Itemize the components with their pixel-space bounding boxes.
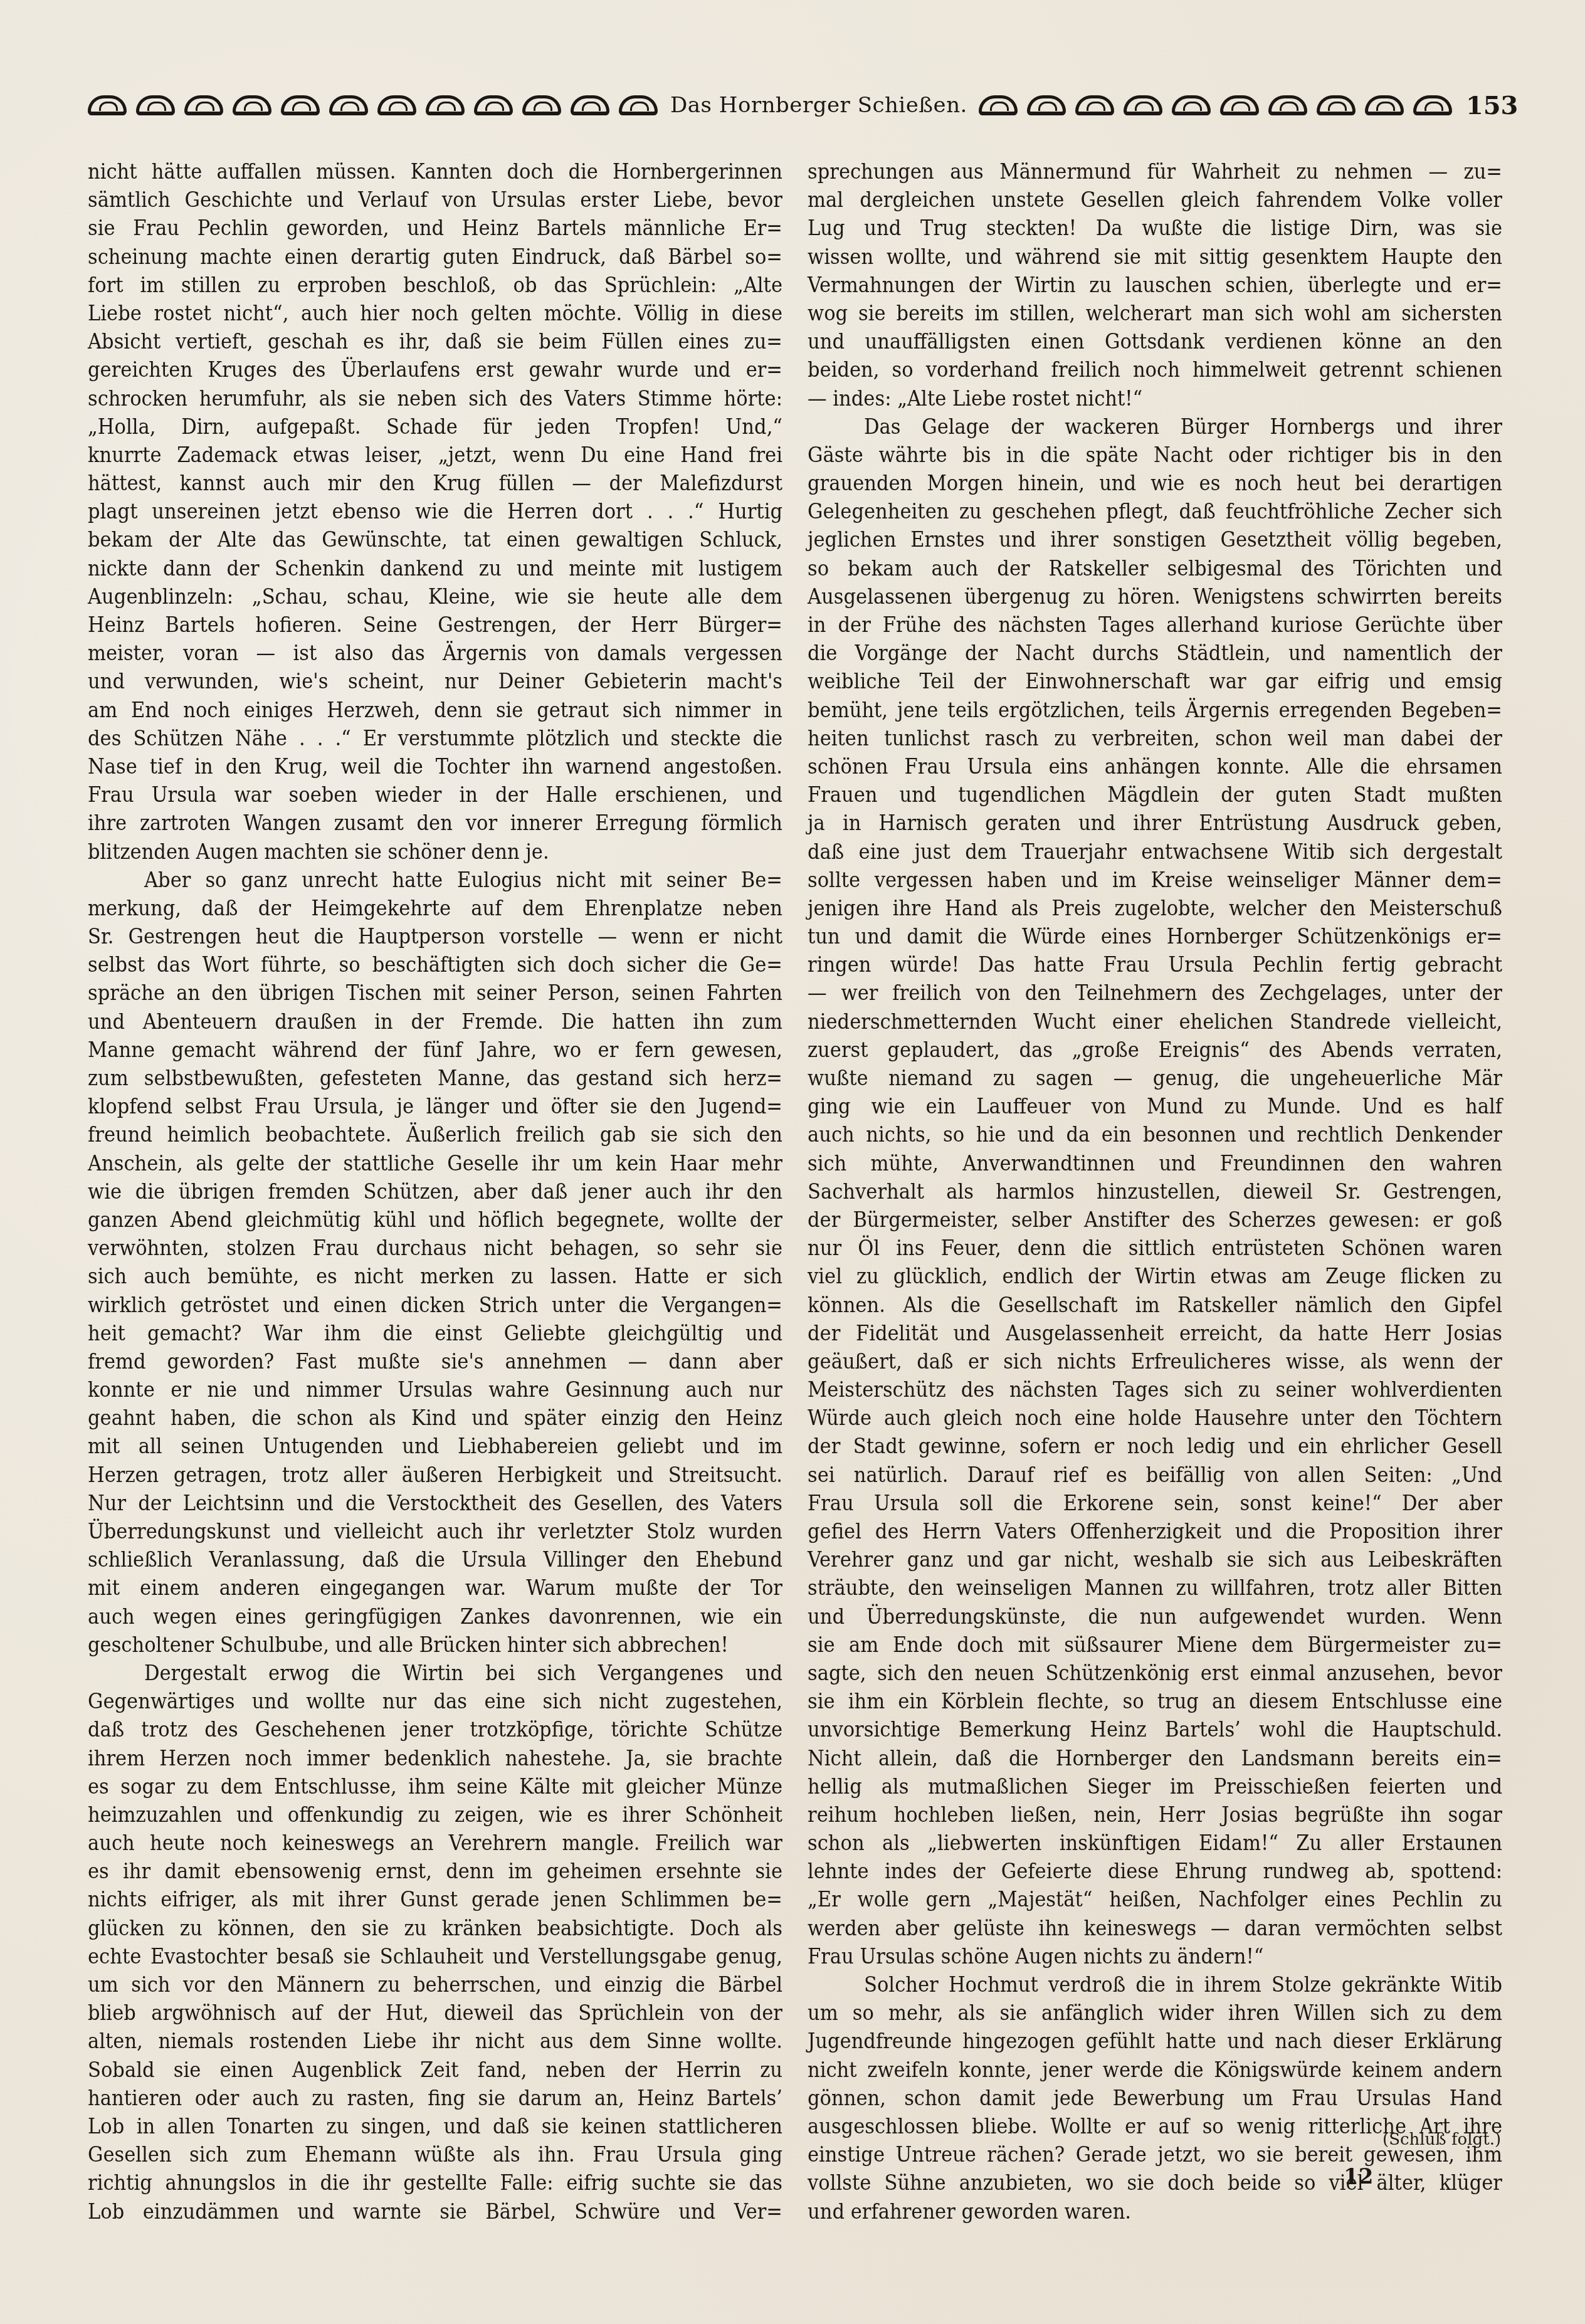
continuation-note: (Schluß folgt.) [1382,2130,1501,2149]
text-line: der Stadt gewinne, sofern er noch ledig … [808,1433,1502,1461]
text-line: Ausgelassenen übergenug zu hören. Wenigs… [808,583,1502,611]
text-line: Sobald sie einen Augenblick Zeit fand, n… [88,2056,782,2085]
text-line: und verwunden, wie's scheint, nur Deiner… [88,668,782,696]
text-line: bemüht, jene teils ergötzlichen, teils Ä… [808,697,1502,725]
text-line: Solcher Hochmut verdroß die in ihrem Sto… [808,1971,1502,1999]
spiral-ornament-icon [1027,95,1066,115]
text-line: Manne gemacht während der fünf Jahre, wo… [88,1036,782,1065]
spiral-ornament-icon [1124,95,1162,115]
text-line: mit einem anderen eingegangen war. Warum… [88,1574,782,1602]
text-line: Meisterschütz des nächsten Tages sich zu… [808,1376,1502,1404]
text-line: klopfend selbst Frau Ursula, je länger u… [88,1093,782,1121]
text-line: ringen würde! Das hatte Frau Ursula Pech… [808,951,1502,979]
spiral-ornament-icon [136,95,175,115]
text-line: Aber so ganz unrecht hatte Eulogius nich… [88,866,782,895]
text-line: Dergestalt erwog die Wirtin bei sich Ver… [88,1659,782,1688]
text-line: schrocken herumfuhr, als sie neben sich … [88,385,782,413]
text-line: wirklich getröstet und einen dicken Stri… [88,1291,782,1320]
text-line: Nicht allein, daß die Hornberger den Lan… [808,1745,1502,1773]
text-line: Gesellen sich zum Ehemann wüßte als ihn.… [88,2141,782,2169]
text-line: fort im stillen zu erproben beschloß, ob… [88,271,782,300]
spiral-ornament-icon [1413,95,1452,115]
spiral-ornament-icon [1075,95,1114,115]
spiral-ornament-icon [377,95,416,115]
text-line: und Abenteuern draußen in der Fremde. Di… [88,1008,782,1036]
text-line: gereichten Kruges des Überlaufens erst g… [88,356,782,384]
text-line: Gäste währte bis in die späte Nacht oder… [808,441,1502,470]
text-line: sie Frau Pechlin geworden, und Heinz Bar… [88,214,782,243]
text-line: sämtlich Geschichte und Verlauf von Ursu… [88,186,782,214]
spiral-ornament-icon [571,95,609,115]
text-line: Überredungskunst und vielleicht auch ihr… [88,1518,782,1546]
text-line: so bekam auch der Ratskeller selbigesmal… [808,555,1502,583]
text-line: sie am Ende doch mit süßsaurer Miene dem… [808,1631,1502,1659]
text-line: alten, niemals rostenden Liebe ihr nicht… [88,2027,782,2056]
text-line: scheinung machte einen derartig guten Ei… [88,243,782,271]
signature-mark: 12 [1344,2164,1373,2189]
spiral-ornament-icon [1220,95,1259,115]
text-line: geahnt haben, die schon als Kind und spä… [88,1404,782,1433]
spiral-ornament-icon [184,95,223,115]
spiral-ornament-icon [619,95,658,115]
text-line: ging wie ein Lauffeuer von Mund zu Munde… [808,1093,1502,1121]
text-line: knurrte Zademack etwas leiser, „jetzt, w… [88,441,782,470]
text-line: sollte vergessen haben und im Kreise wei… [808,866,1502,895]
text-line: weibliche Teil der Einwohnerschaft war g… [808,668,1502,696]
text-line: schließlich Veranlassung, daß die Ursula… [88,1546,782,1574]
text-line: und erfahrener geworden waren. [808,2198,1502,2226]
text-line: in der Frühe des nächsten Tages allerhan… [808,611,1502,639]
text-line: der Fidelität und Ausgelassenheit erreic… [808,1320,1502,1348]
text-line: Anschein, als gelte der stattliche Gesel… [88,1150,782,1178]
text-line: Frau Ursula war soeben wieder in der Hal… [88,781,782,809]
text-line: unvorsichtige Bemerkung Heinz Bartels’ w… [808,1716,1502,1744]
text-line: Jugendfreunde hingezogen gefühlt hatte u… [808,2027,1502,2056]
text-line: die Vorgänge der Nacht durchs Städtlein,… [808,639,1502,668]
text-line: wog sie bereits im stillen, welcherart m… [808,300,1502,328]
text-line: Augenblinzeln: „Schau, schau, Kleine, wi… [88,583,782,611]
text-line: daß eine just dem Trauerjahr entwachsene… [808,838,1502,866]
text-line: grauenden Morgen hinein, und wie es noch… [808,470,1502,498]
text-line: sie ihm ein Körblein flechte, so trug an… [808,1688,1502,1716]
text-line: Das Gelage der wackeren Bürger Hornbergs… [808,413,1502,441]
text-line: nichts eifriger, als mit ihrer Gunst ger… [88,1886,782,1914]
text-line: daß trotz des Geschehenen jener trotzköp… [88,1716,782,1744]
text-line: konnte er nie und nimmer Ursulas wahre G… [88,1376,782,1404]
text-line: — indes: „Alte Liebe rostet nicht!“ [808,385,1502,413]
text-line: am End noch einiges Herzweh, denn sie ge… [88,697,782,725]
text-line: zum selbstbewußten, gefesteten Manne, da… [88,1065,782,1093]
text-line: richtig ahnungslos in die ihr gestellte … [88,2169,782,2197]
spiral-ornament-icon [329,95,368,115]
text-line: sagte, sich den neuen Schützenkönig erst… [808,1659,1502,1688]
text-line: des Schützen Nähe . . .“ Er verstummte p… [88,725,782,753]
text-line: sei natürlich. Darauf rief es beifällig … [808,1461,1502,1490]
ornament-row-left [88,95,658,115]
text-line: Gelegenheiten zu geschehen pflegt, daß f… [808,498,1502,526]
text-line: lehnte indes der Gefeierte diese Ehrung … [808,1858,1502,1886]
text-line: fremd geworden? Fast mußte sie's annehme… [88,1348,782,1376]
text-line: viel zu glücklich, endlich der Wirtin et… [808,1263,1502,1291]
text-line: hantieren oder auch zu rasten, fing sie … [88,2085,782,2113]
text-line: heiten tunlichst rasch zu verbreiten, sc… [808,725,1502,753]
text-line: ganzen Abend gleichmütig kühl und höflic… [88,1206,782,1234]
text-line: nicht zweifeln konnte, jener werde die K… [808,2056,1502,2085]
text-line: Herzen getragen, trotz aller äußeren Her… [88,1461,782,1490]
text-line: gefiel des Herrn Vaters Offenherzigkeit … [808,1518,1502,1546]
text-line: vollste Sühne anzubieten, wo sie doch be… [808,2169,1502,2197]
text-line: glücken zu können, den sie zu kränken be… [88,1915,782,1943]
text-line: um sich vor den Männern zu beherrschen, … [88,1971,782,1999]
text-line: — wer freilich von den Teilnehmern des Z… [808,979,1502,1007]
text-line: auch heute noch keineswegs an Verehrern … [88,1829,782,1858]
text-line: auch nichts, so hie und da ein besonnen … [808,1121,1502,1149]
text-line: Nur der Leichtsinn und die Verstocktheit… [88,1490,782,1518]
text-line: tun und damit die Würde eines Hornberger… [808,923,1502,951]
text-line: blieb argwöhnisch auf der Hut, dieweil d… [88,1999,782,2027]
text-column-left: nicht hätte auffallen müssen. Kannten do… [88,158,782,2226]
spiral-ornament-icon [474,95,513,115]
text-line: hättest, kannst auch mir den Krug füllen… [88,470,782,498]
text-line: Absicht vertieft, geschah es ihr, daß si… [88,328,782,356]
text-line: jenigen ihre Hand als Preis zugelobte, w… [808,895,1502,923]
spiral-ornament-icon [233,95,271,115]
text-line: der Bürgermeister, selber Anstifter des … [808,1206,1502,1234]
text-line: „Holla, Dirn, aufgepaßt. Schade für jede… [88,413,782,441]
text-line: zuerst geplaudert, das „große Ereignis“ … [808,1036,1502,1065]
page-number: 153 [1466,91,1519,120]
text-line: sträubte, den weinseligen Mannen zu will… [808,1574,1502,1602]
text-line: niederschmetternden Wucht einer eheliche… [808,1008,1502,1036]
spiral-ornament-icon [1317,95,1356,115]
text-line: Frauen und tugendlichen Mägdlein der gut… [808,781,1502,809]
text-line: es ihr damit ebensowenig ernst, denn im … [88,1858,782,1886]
text-line: gönnen, schon damit jede Bewerbung um Fr… [808,2085,1502,2113]
text-line: ihre zartroten Wangen zusamt den vor inn… [88,809,782,838]
text-line: selbst das Wort führte, so beschäftigten… [88,951,782,979]
text-line: hellig als mutmaßlichen Sieger im Preiss… [808,1773,1502,1801]
text-line: wie die übrigen fremden Schützen, aber d… [88,1178,782,1206]
text-line: merkung, daß der Heimgekehrte auf dem Eh… [88,895,782,923]
text-line: Sachverhalt als harmlos hinzustellen, di… [808,1178,1502,1206]
spiral-ornament-icon [426,95,465,115]
text-line: werden aber gelüste ihn keineswegs — dar… [808,1915,1502,1943]
text-line: „Er wolle gern „Majestät“ heißen, Nachfo… [808,1886,1502,1914]
text-line: Würde auch gleich noch eine holde Hauseh… [808,1404,1502,1433]
text-line: mit all seinen Untugenden und Liebhabere… [88,1433,782,1461]
text-line: nur Öl ins Feuer, denn die sittlich entr… [808,1234,1502,1263]
text-line: Verehrer ganz und gar nicht, weshalb sie… [808,1546,1502,1574]
spiral-ornament-icon [1172,95,1211,115]
text-line: nickte dann der Schenkin dankend zu und … [88,555,782,583]
spiral-ornament-icon [88,95,127,115]
text-line: schönen Frau Ursula eins anhängen konnte… [808,753,1502,781]
text-line: Frau Ursula soll die Erkorene sein, sons… [808,1490,1502,1518]
spiral-ornament-icon [979,95,1018,115]
text-line: freund heimlich beobachtete. Äußerlich f… [88,1121,782,1149]
text-line: beiden, so vorderhand freilich noch himm… [808,356,1502,384]
text-line: sich auch bemühte, es nicht merken zu la… [88,1263,782,1291]
text-line: Liebe rostet nicht“, auch hier noch gelt… [88,300,782,328]
text-line: Nase tief in den Krug, weil die Tochter … [88,753,782,781]
text-line: heit gemacht? War ihm die einst Geliebte… [88,1320,782,1348]
text-line: blitzenden Augen machten sie schöner den… [88,838,782,866]
text-line: Sr. Gestrengen heut die Hauptperson vors… [88,923,782,951]
text-line: es sogar zu dem Entschlusse, ihm seine K… [88,1773,782,1801]
text-line: Lob einzudämmen und warnte sie Bärbel, S… [88,2198,782,2226]
text-line: verwöhnten, stolzen Frau durchaus nicht … [88,1234,782,1263]
running-header: Das Hornberger Schießen. 153 [88,87,1505,124]
text-line: können. Als die Gesellschaft im Ratskell… [808,1291,1502,1320]
spiral-ornament-icon [522,95,561,115]
text-line: Frau Ursulas schöne Augen nichts zu ände… [808,1943,1502,1971]
text-column-right: sprechungen aus Männermund für Wahrheit … [808,158,1502,2226]
text-line: reihum hochleben ließen, nein, Herr Josi… [808,1801,1502,1829]
ornament-row-right [979,95,1452,115]
spiral-ornament-icon [1268,95,1307,115]
text-line: sprechungen aus Männermund für Wahrheit … [808,158,1502,186]
text-line: ihrem Herzen noch immer bedenklich nahes… [88,1745,782,1773]
text-line: wußte niemand zu sagen — genug, die unge… [808,1065,1502,1093]
running-title: Das Hornberger Schießen. [670,93,967,118]
text-line: nicht hätte auffallen müssen. Kannten do… [88,158,782,186]
text-line: schon als „liebwerten inskünftigen Eidam… [808,1829,1502,1858]
text-line: Vermahnungen der Wirtin zu lauschen schi… [808,271,1502,300]
text-line: und unauffälligsten einen Gottsdank verd… [808,328,1502,356]
text-line: bekam der Alte das Gewünschte, tat einen… [88,526,782,554]
text-line: geäußert, daß er sich nichts Erfreuliche… [808,1348,1502,1376]
text-line: meister, voran — ist also das Ärgernis v… [88,639,782,668]
text-line: jeglichen Ernstes und ihrer sonstigen Ge… [808,526,1502,554]
text-line: plagt unsereinen jetzt ebenso wie die He… [88,498,782,526]
text-line: um so mehr, als sie anfänglich wider ihr… [808,1999,1502,2027]
text-line: spräche an den übrigen Tischen mit seine… [88,979,782,1007]
text-line: gescholtener Schulbube, und alle Brücken… [88,1631,782,1659]
text-line: wissen wollte, und während sie mit sitti… [808,243,1502,271]
text-line: heimzuzahlen und offenkundig zu zeigen, … [88,1801,782,1829]
text-line: Lob in allen Tonarten zu singen, und daß… [88,2113,782,2141]
text-line: echte Evastochter besaß sie Schlauheit u… [88,1943,782,1971]
text-line: Heinz Bartels hofieren. Seine Gestrengen… [88,611,782,639]
text-line: Lug und Trug steckten! Da wußte die list… [808,214,1502,243]
text-line: sich mühte, Anverwandtinnen und Freundin… [808,1150,1502,1178]
text-line: auch wegen eines geringfügigen Zankes da… [88,1603,782,1631]
text-line: Gegenwärtiges und wollte nur das eine si… [88,1688,782,1716]
text-line: und Überredungskünste, die nun aufgewend… [808,1603,1502,1631]
text-line: ja in Harnisch geraten und ihrer Entrüst… [808,809,1502,838]
text-line: mal dergleichen unstete Gesellen gleich … [808,186,1502,214]
spiral-ornament-icon [1365,95,1404,115]
spiral-ornament-icon [281,95,320,115]
